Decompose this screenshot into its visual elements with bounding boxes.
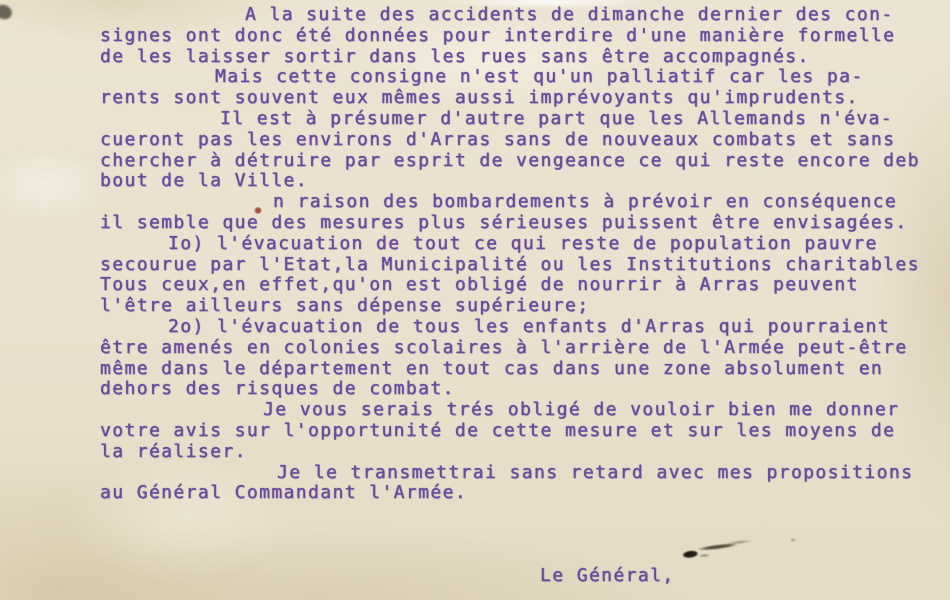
typed-line: rents sont souvent eux mêmes aussi impré… [100,88,945,109]
typed-line: Il est à présumer d'autre part que les A… [100,109,945,130]
ink-speck [254,207,262,214]
typed-line: secourue par l'Etat,la Municipalité ou l… [100,255,945,276]
ink-smudge [673,536,761,564]
letter-body: A la suite des accidents de dimanche der… [100,5,945,504]
paper-edge-mark [0,2,14,21]
typed-line: Mais cette consigne n'est qu'un palliati… [100,67,945,88]
typed-line: Je le transmettrai sans retard avec mes … [100,463,945,484]
signature-line: Le Général, [540,565,675,587]
typed-line: n raison des bombardements à prévoir en … [100,192,945,213]
typed-line: la réaliser. [100,442,945,463]
document-page: A la suite des accidents de dimanche der… [0,0,950,600]
typed-line: de les laisser sortir dans les rues sans… [100,47,945,68]
typed-line: signes ont donc été données pour interdi… [100,26,945,47]
typed-line: bout de la Ville. [100,171,945,192]
typed-line-numbered-item-2: 2o) l'évacuation de tous les enfants d'A… [100,317,945,338]
typed-line: au Général Commandant l'Armée. [100,483,945,504]
typed-line: Tous ceux,en effet,qu'on est obligé de n… [100,275,945,296]
typed-line: chercher à détruire par esprit de vengea… [100,151,945,172]
typed-line: il semble que des mesures plus sérieuses… [100,213,945,234]
typed-line: même dans le département en tout cas dan… [100,359,945,380]
typed-line-numbered-item-1: Io) l'évacuation de tout ce qui reste de… [100,234,945,255]
typed-line: cueront pas les environs d'Arras sans de… [100,130,945,151]
typed-line: A la suite des accidents de dimanche der… [100,5,945,26]
typed-line: dehors des risques de combat. [100,379,945,400]
typed-line: Je vous serais trés obligé de vouloir bi… [100,400,945,421]
typed-line: l'être ailleurs sans dépense supérieure; [100,296,945,317]
typed-line: votre avis sur l'opportunité de cette me… [100,421,945,442]
typed-line: être amenés en colonies scolaires à l'ar… [100,338,945,359]
